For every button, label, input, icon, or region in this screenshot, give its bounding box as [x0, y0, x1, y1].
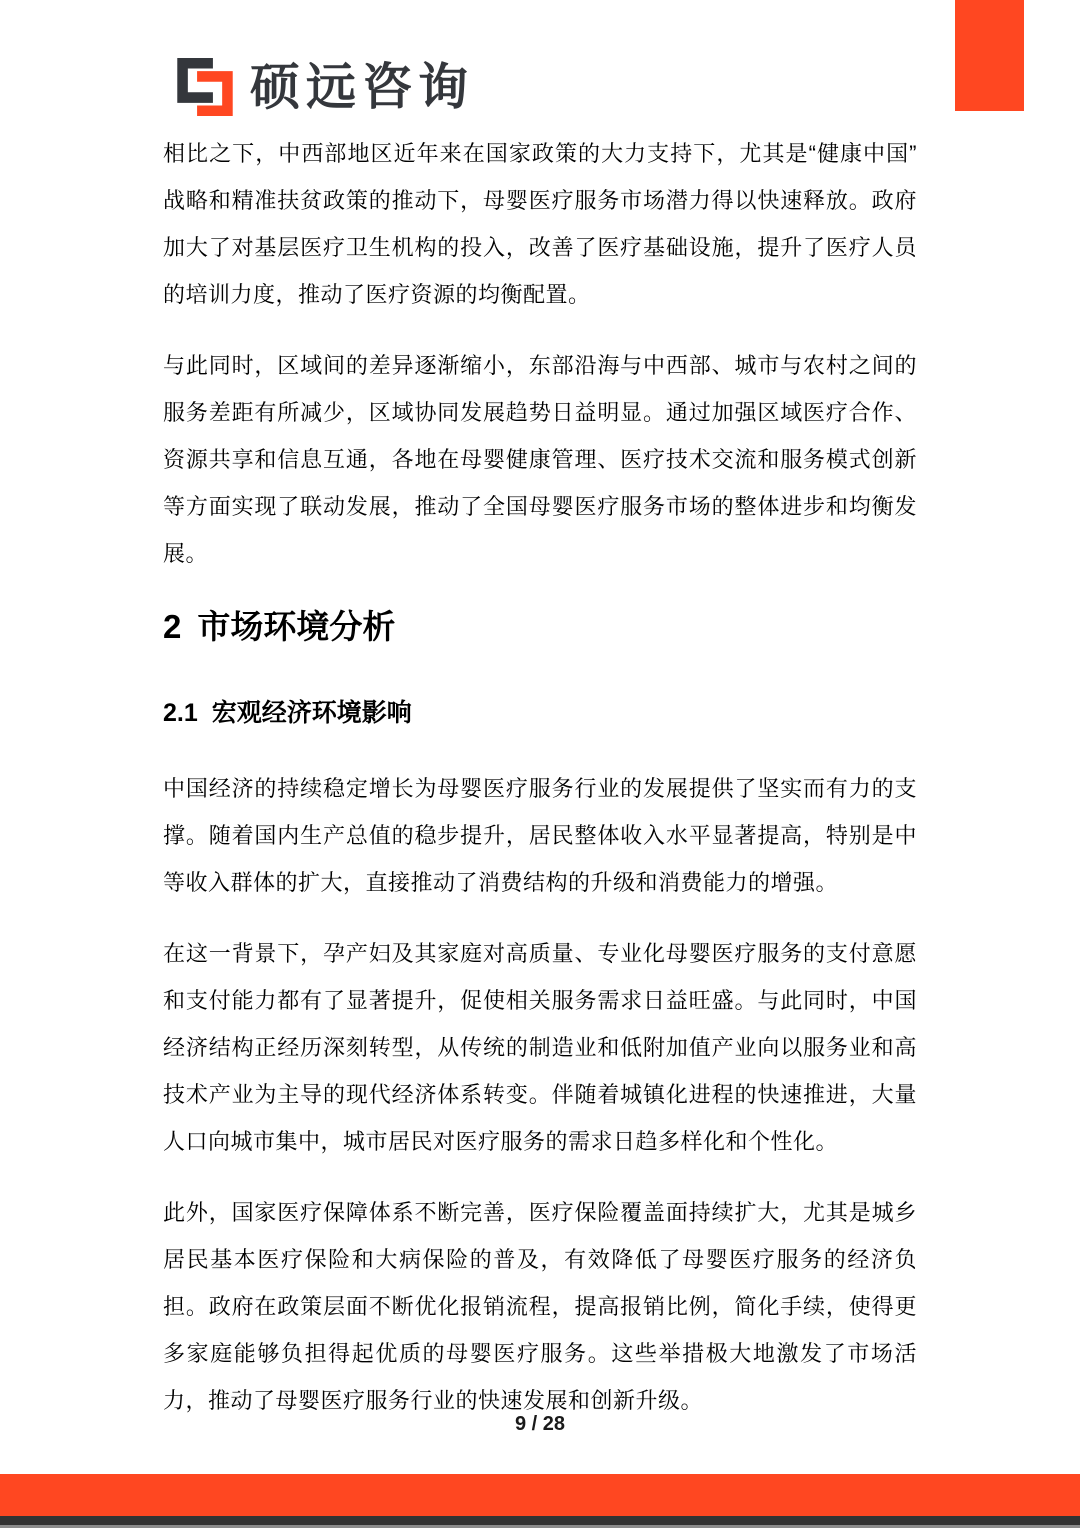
- page-number: 9 / 28: [0, 1413, 1080, 1436]
- footer-dark-bar: [0, 1516, 1080, 1525]
- paragraph-intro-2: 与此同时，区域间的差异逐渐缩小，东部沿海与中西部、城市与农村之间的服务差距有所减…: [163, 342, 917, 577]
- brand-logo: 硕远咨询: [170, 54, 474, 120]
- subsection-number: 2.1: [163, 699, 198, 727]
- section-number: 2: [163, 608, 181, 645]
- brand-name: 硕远咨询: [250, 62, 474, 112]
- document-content: 相比之下，中西部地区近年来在国家政策的大力支持下，尤其是“健康中国”战略和精准扶…: [163, 130, 917, 1448]
- footer-accent-bar: [0, 1474, 1080, 1516]
- paragraph-section-2: 在这一背景下，孕产妇及其家庭对高质量、专业化母婴医疗服务的支付意愿和支付能力都有…: [163, 930, 917, 1165]
- report-page: 硕远咨询 相比之下，中西部地区近年来在国家政策的大力支持下，尤其是“健康中国”战…: [0, 0, 1080, 1528]
- paragraph-section-1: 中国经济的持续稳定增长为母婴医疗服务行业的发展提供了坚实而有力的支撑。随着国内生…: [163, 765, 917, 906]
- section-title-text: 市场环境分析: [197, 608, 395, 645]
- brand-logo-icon: [170, 54, 240, 120]
- corner-accent-block: [955, 0, 1024, 111]
- paragraph-section-3: 此外，国家医疗保障体系不断完善，医疗保险覆盖面持续扩大，尤其是城乡居民基本医疗保…: [163, 1189, 917, 1424]
- section-heading: 2市场环境分析: [163, 607, 917, 647]
- subsection-heading: 2.1宏观经济环境影响: [163, 697, 917, 729]
- paragraph-intro-1: 相比之下，中西部地区近年来在国家政策的大力支持下，尤其是“健康中国”战略和精准扶…: [163, 130, 917, 318]
- subsection-title-text: 宏观经济环境影响: [212, 699, 412, 727]
